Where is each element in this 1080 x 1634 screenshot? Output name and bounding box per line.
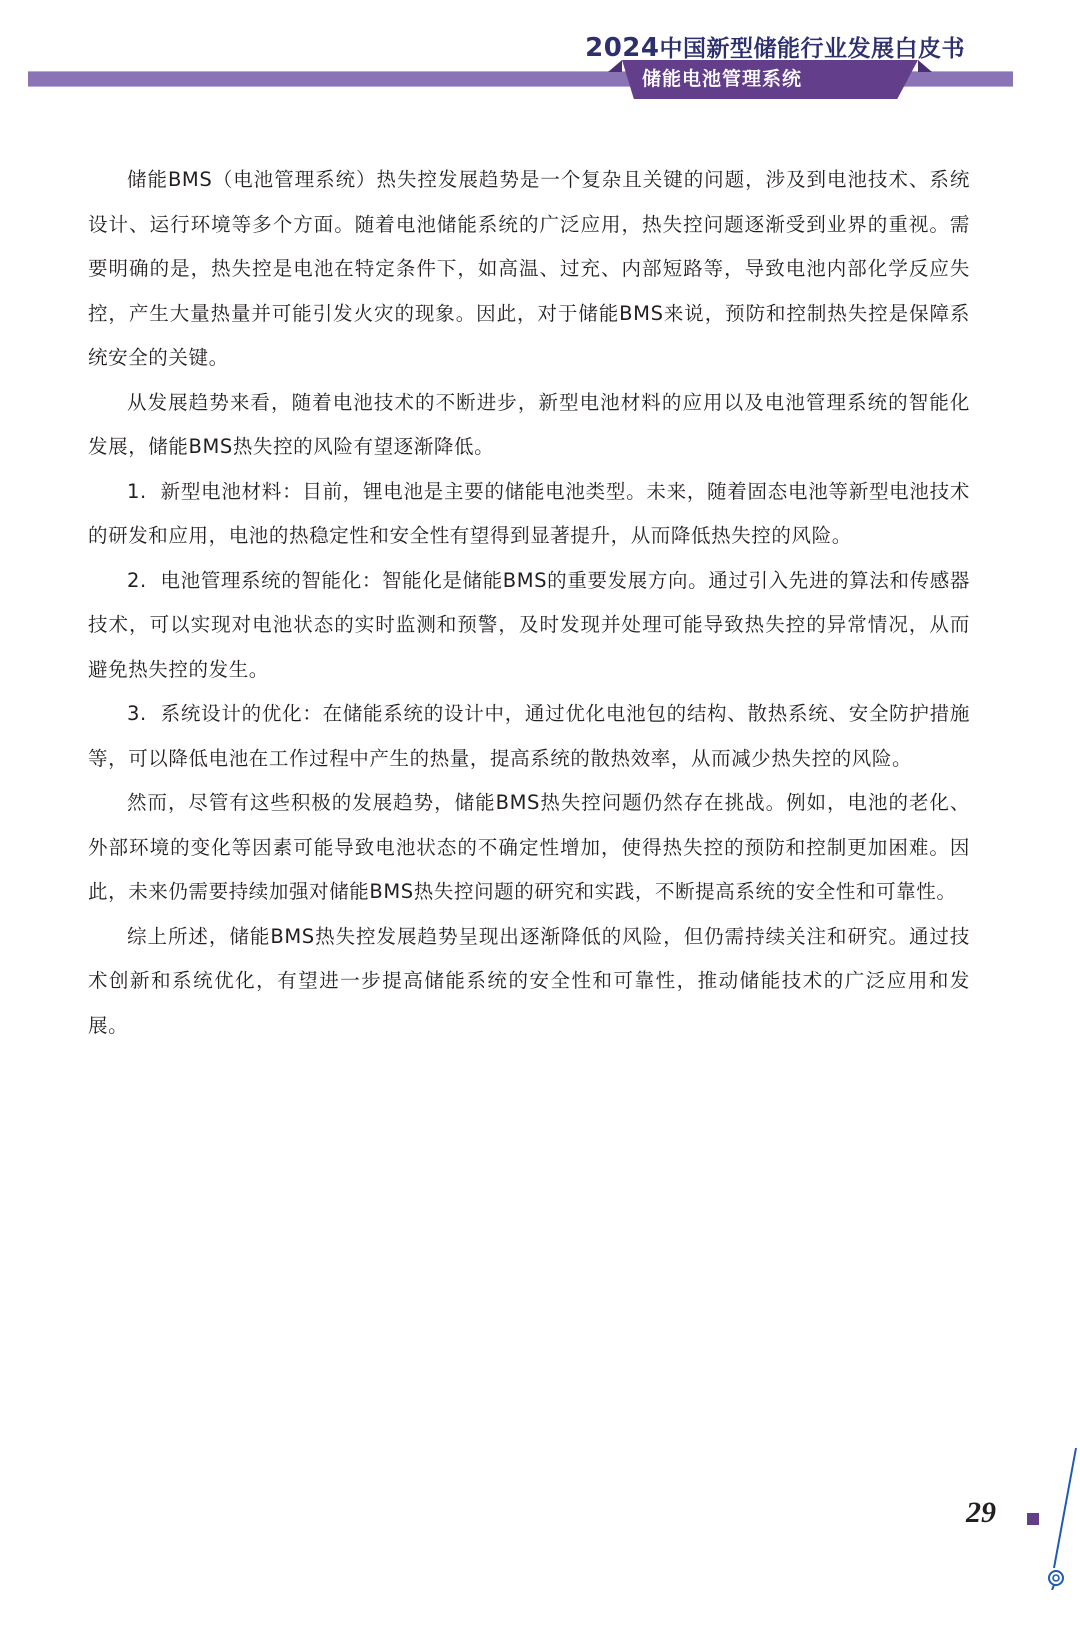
banner-fold-right xyxy=(918,60,932,72)
document-year: 2024 xyxy=(585,33,659,63)
document-title: 2024中国新型储能行业发展白皮书 xyxy=(585,30,965,63)
section-title: 储能电池管理系统 xyxy=(642,64,802,91)
target-circle-icon xyxy=(1049,1571,1063,1585)
banner-fold-left xyxy=(608,60,622,72)
paragraph-conclusion: 综上所述，储能BMS热失控发展趋势呈现出逐渐降低的风险，但仍需持续关注和研究。通… xyxy=(88,915,970,1049)
list-item-intelligence: 2. 电池管理系统的智能化：智能化是储能BMS的重要发展方向。通过引入先进的算法… xyxy=(88,559,970,693)
list-item-system-design: 3. 系统设计的优化：在储能系统的设计中，通过优化电池包的结构、散热系统、安全防… xyxy=(88,692,970,781)
page-decoration-line-icon xyxy=(1040,1440,1080,1590)
document-title-text: 中国新型储能行业发展白皮书 xyxy=(660,36,966,62)
page-number: 29 xyxy=(966,1496,996,1530)
paragraph-intro: 储能BMS（电池管理系统）热失控发展趋势是一个复杂且关键的问题，涉及到电池技术、… xyxy=(88,158,970,381)
article-body: 储能BMS（电池管理系统）热失控发展趋势是一个复杂且关键的问题，涉及到电池技术、… xyxy=(88,158,970,1048)
paragraph-trend: 从发展趋势来看，随着电池技术的不断进步，新型电池材料的应用以及电池管理系统的智能… xyxy=(88,381,970,470)
paragraph-challenges: 然而，尽管有这些积极的发展趋势，储能BMS热失控问题仍然存在挑战。例如，电池的老… xyxy=(88,781,970,915)
page-marker-square xyxy=(1027,1513,1039,1525)
list-item-materials: 1. 新型电池材料：目前，锂电池是主要的储能电池类型。未来，随着固态电池等新型电… xyxy=(88,470,970,559)
